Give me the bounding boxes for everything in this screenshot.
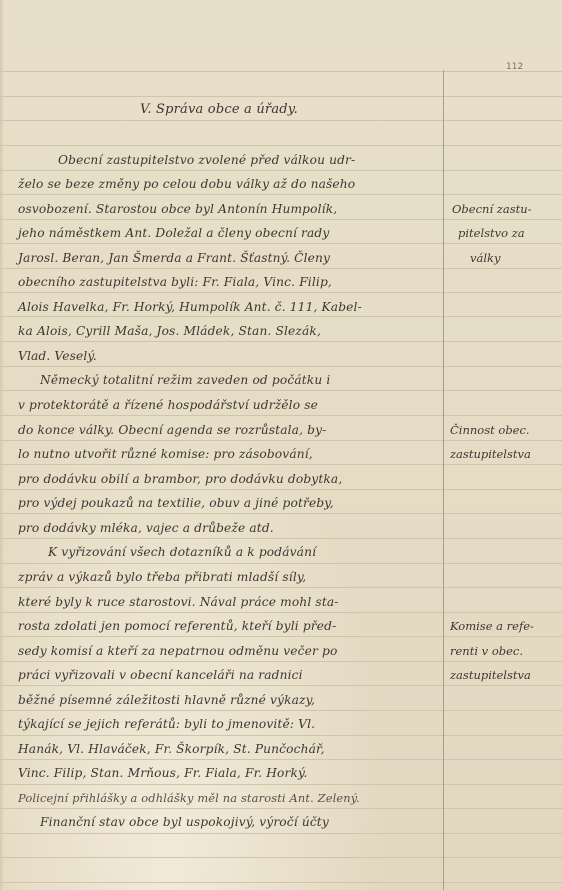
margin-rule <box>443 70 444 890</box>
ruled-line <box>0 661 562 662</box>
ruled-line <box>0 857 562 858</box>
text-line: ka Alois, Cyrill Maša, Jos. Mládek, Stan… <box>18 324 321 338</box>
text-line: obecního zastupitelstva byli: Fr. Fiala,… <box>18 275 332 289</box>
text-line: v protektorátě a řízené hospodářství udr… <box>18 398 318 412</box>
text-line: pro dodávky mléka, vajec a drůbeže atd. <box>18 521 274 535</box>
text-line: práci vyřizovali v obecní kanceláři na r… <box>18 668 303 682</box>
page-number: 112 <box>506 62 523 72</box>
text-line: sedy komisí a kteří za nepatrnou odměnu … <box>18 644 337 658</box>
ruled-line <box>0 710 562 711</box>
ruled-line <box>0 96 562 97</box>
ruled-line <box>0 366 562 367</box>
ruled-line <box>0 219 562 220</box>
ruled-line <box>0 513 562 514</box>
ruled-line <box>0 735 562 736</box>
ruled-line <box>0 784 562 785</box>
ruled-line <box>0 390 562 391</box>
margin-note: války <box>470 251 501 265</box>
text-line: želo se beze změny po celou dobu války a… <box>18 177 355 191</box>
ruled-line <box>0 882 562 883</box>
section-heading: V. Správa obce a úřady. <box>140 102 298 117</box>
text-line: jeho náměstkem Ant. Doležal a členy obec… <box>18 226 329 240</box>
text-line: Policejní přihlášky a odhlášky měl na st… <box>18 791 360 805</box>
ruled-line <box>0 440 562 441</box>
text-line: Německý totalitní režim zaveden od počát… <box>40 373 330 387</box>
text-line: zpráv a výkazů bylo třeba přibrati mladš… <box>18 570 306 584</box>
ruled-line <box>0 415 562 416</box>
margin-note: Komise a refe- <box>450 619 534 633</box>
ruled-line <box>0 71 562 72</box>
ruled-line <box>0 833 562 834</box>
text-line: pro výdej poukazů na textilie, obuv a ji… <box>18 496 334 510</box>
ruled-line <box>0 489 562 490</box>
ruled-line <box>0 612 562 613</box>
text-line: Vinc. Filip, Stan. Mrňous, Fr. Fiala, Fr… <box>18 766 308 780</box>
text-line: běžné písemné záležitosti hlavně různé v… <box>18 693 315 707</box>
page-edge-shadow <box>0 0 4 890</box>
text-line: týkající se jejich referátů: byli to jme… <box>18 717 315 731</box>
text-line: rosta zdolati jen pomocí referentů, kteř… <box>18 619 336 633</box>
ruled-line <box>0 341 562 342</box>
ruled-line <box>0 563 562 564</box>
ruled-line <box>0 194 562 195</box>
ruled-line <box>0 292 562 293</box>
ruled-line <box>0 145 562 146</box>
margin-note: pitelstvo za <box>458 226 525 240</box>
ruled-line <box>0 243 562 244</box>
ruled-line <box>0 685 562 686</box>
ruled-line <box>0 636 562 637</box>
margin-note: zastupitelstva <box>450 668 531 682</box>
ruled-line <box>0 316 562 317</box>
manuscript-page: 112 V. Správa obce a úřady. Obecní zastu… <box>0 0 562 890</box>
margin-note: Obecní zastu- <box>452 202 532 216</box>
ruled-line <box>0 268 562 269</box>
text-line: do konce války. Obecní agenda se rozrůst… <box>18 423 326 437</box>
text-line: Hanák, Vl. Hlaváček, Fr. Škorpík, St. Pu… <box>18 742 325 756</box>
text-line: Obecní zastupitelstvo zvolené před válko… <box>58 153 355 167</box>
text-line: lo nutno utvořit různé komise: pro zásob… <box>18 447 313 461</box>
text-line: osvobození. Starostou obce byl Antonín H… <box>18 202 337 216</box>
ruled-line <box>0 464 562 465</box>
text-line: které byly k ruce starostovi. Nával prác… <box>18 595 339 609</box>
text-line: Finanční stav obce byl uspokojivý, výroč… <box>40 815 329 829</box>
ruled-line <box>0 120 562 121</box>
ruled-line <box>0 538 562 539</box>
margin-note: Činnost obec. <box>450 423 530 437</box>
ruled-line <box>0 170 562 171</box>
margin-note: renti v obec. <box>450 644 523 658</box>
ruled-line <box>0 587 562 588</box>
text-line: Alois Havelka, Fr. Horký, Humpolík Ant. … <box>18 300 362 314</box>
text-line: K vyřizování všech dotazníků a k podáván… <box>48 545 316 559</box>
text-line: Vlad. Veselý. <box>18 349 97 363</box>
ruled-line <box>0 759 562 760</box>
ruled-line <box>0 808 562 809</box>
text-line: Jarosl. Beran, Jan Šmerda a Frant. Šťast… <box>18 251 330 265</box>
margin-note: zastupitelstva <box>450 447 531 461</box>
text-line: pro dodávku obilí a brambor, pro dodávku… <box>18 472 342 486</box>
